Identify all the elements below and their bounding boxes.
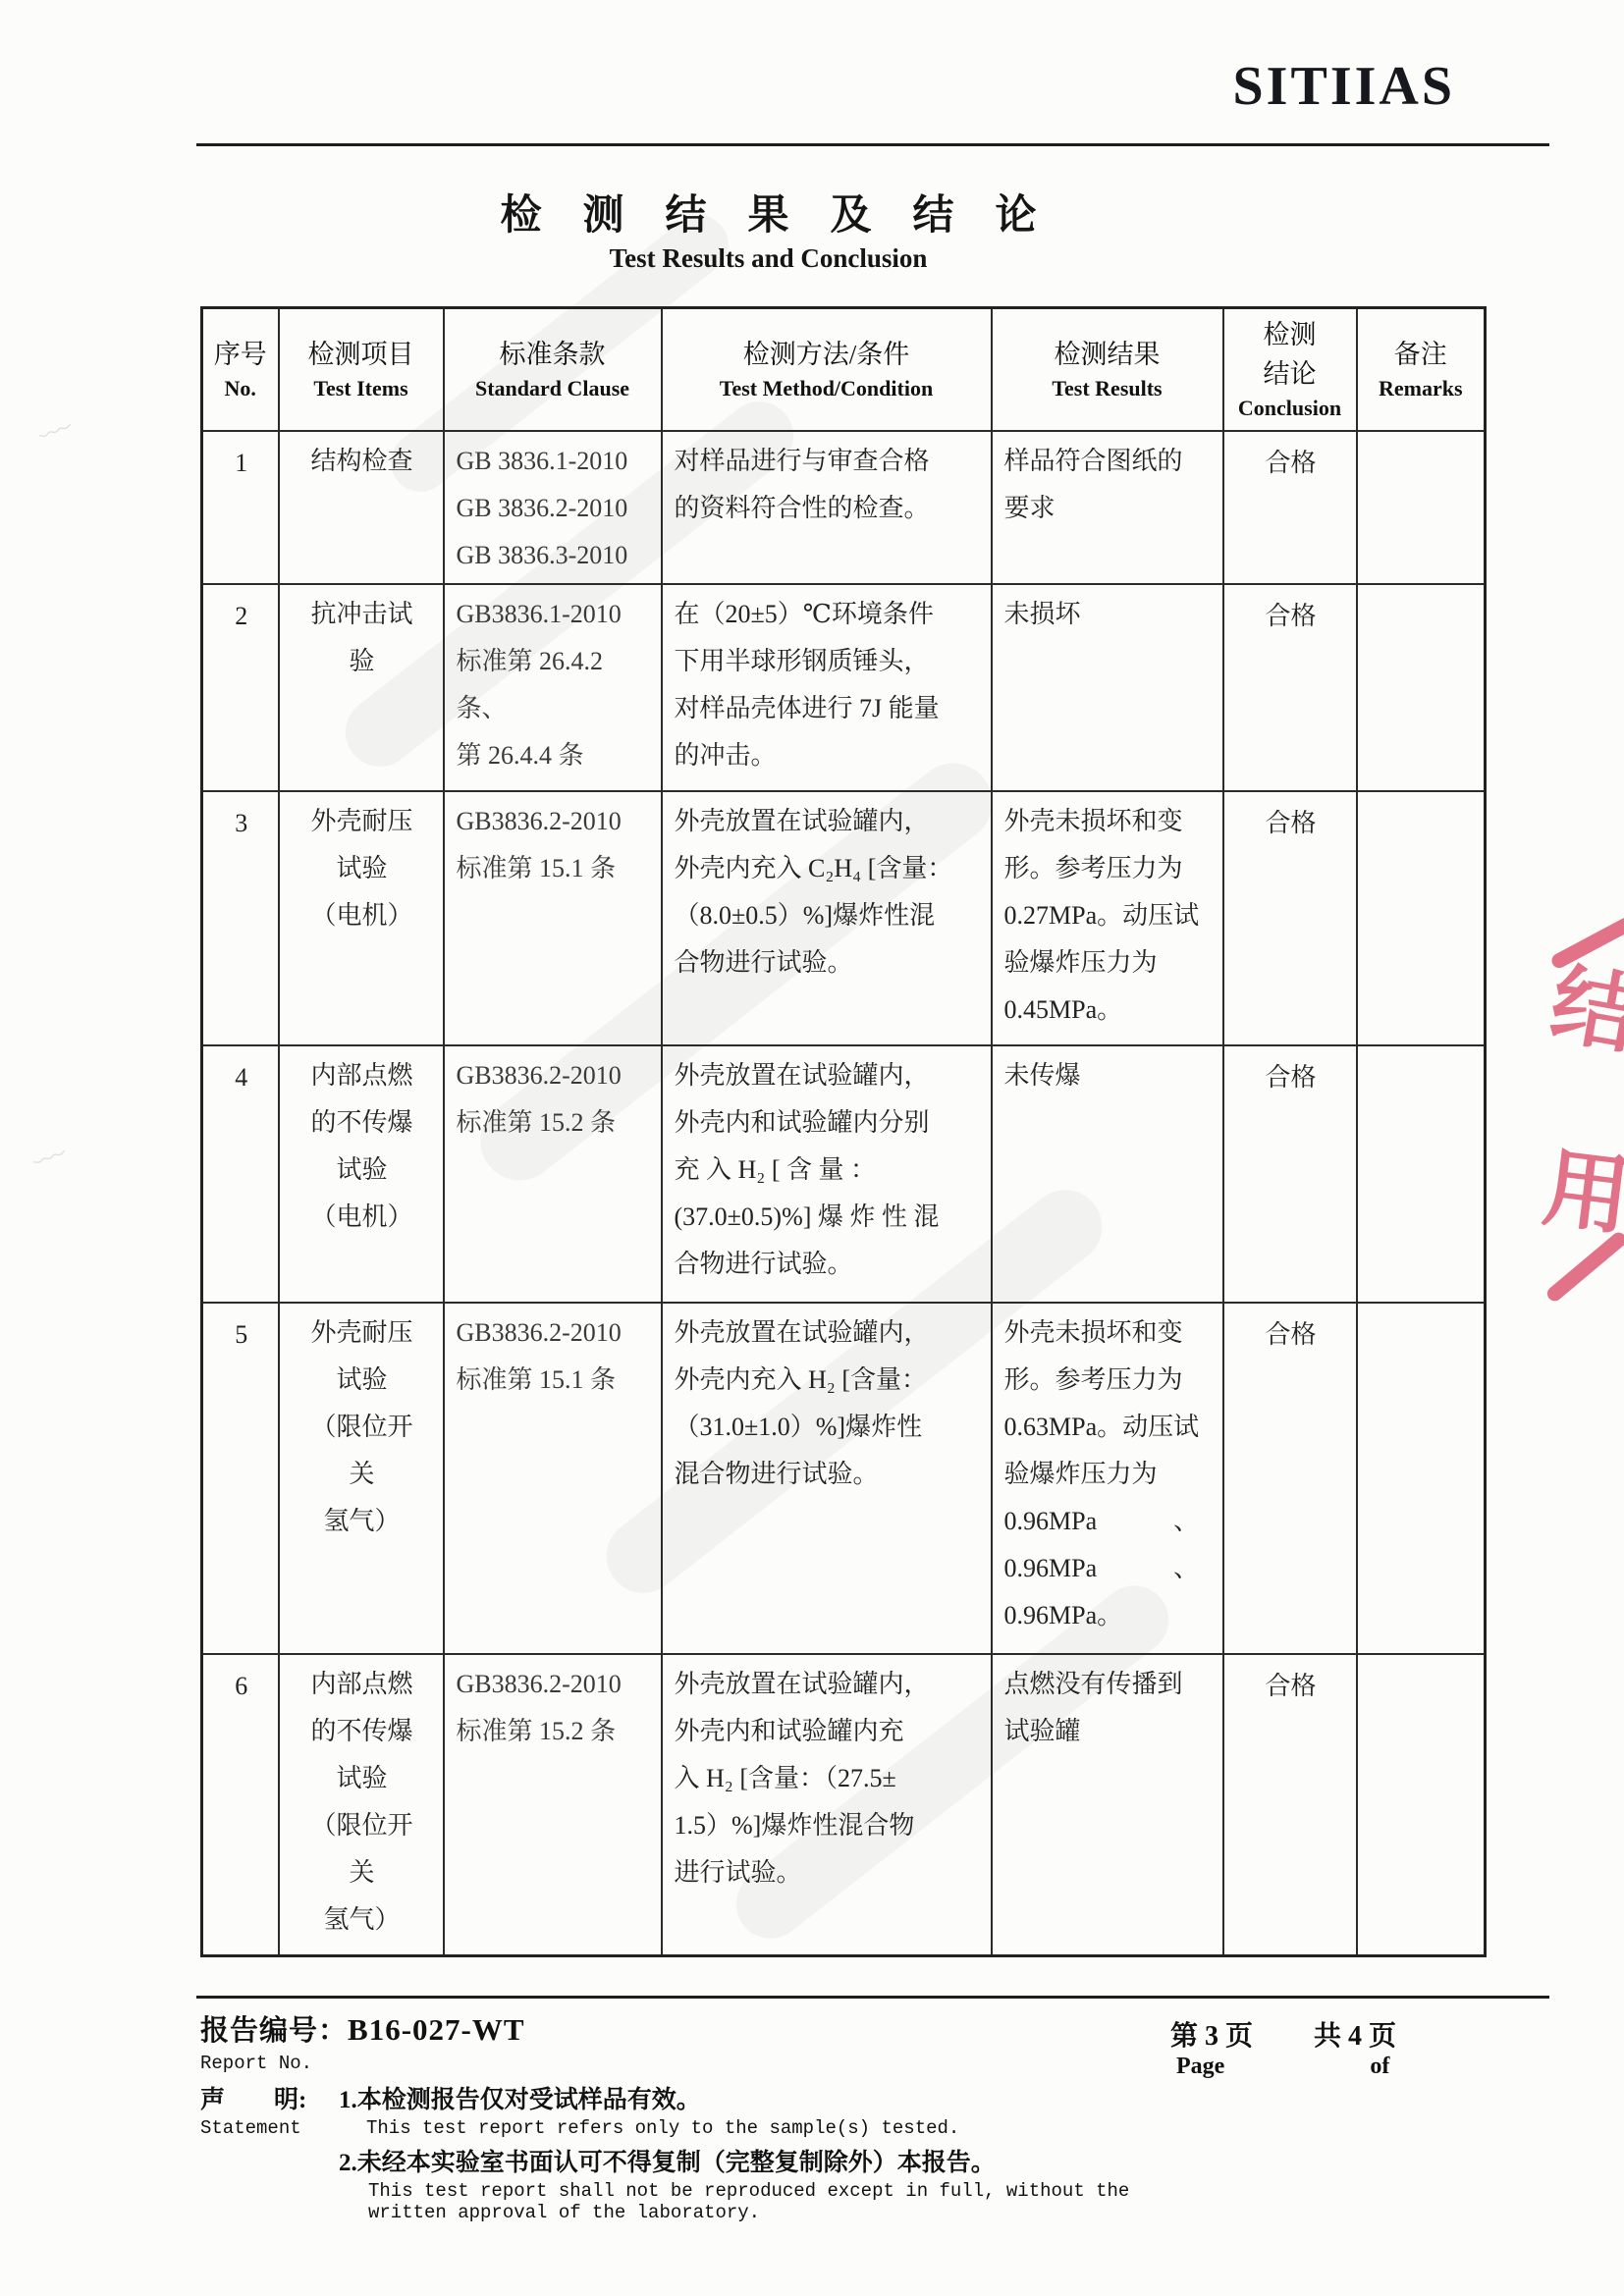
test-item-cell: 结构检查 — [279, 431, 444, 584]
remarks-cell — [1357, 791, 1486, 1045]
standard-clause-cell: GB3836.2-2010 标准第 15.1 条 — [444, 1303, 662, 1654]
conclusion-cell: 合格 — [1223, 791, 1357, 1045]
row-number-cell: 5 — [202, 1303, 279, 1654]
col-header-en: Standard Clause — [447, 374, 659, 403]
col-header-remarks: 备注 Remarks — [1357, 308, 1486, 431]
test-method-cell: 外壳放置在试验罐内， 外壳内和试验罐内充 入 H₂ [含量：（27.5± 1.5… — [662, 1654, 992, 1956]
page-number-block: 第 3 页 共 4 页 Page of — [1170, 2014, 1514, 2080]
col-header-zh: 检测结果 — [995, 335, 1220, 374]
conclusion-cell: 合格 — [1223, 584, 1357, 791]
page-number-zh: 第 3 页 共 4 页 — [1170, 2014, 1514, 2054]
lab-logo-text: SITIIAS — [1233, 55, 1455, 118]
col-header-zh: 标准条款 — [447, 335, 659, 374]
col-header-test-method: 检测方法/条件 Test Method/Condition — [662, 308, 992, 431]
statement-line-1-zh: 声 明: 1.本检测报告仅对受试样品有效。 — [200, 2080, 1182, 2115]
table-row: 5 外壳耐压 试验 （限位开 关 氢气） GB3836.2-2010 标准第 1… — [202, 1303, 1486, 1654]
red-stamp-fragment: 结 用 — [1514, 918, 1624, 1306]
test-method-cell: 外壳放置在试验罐内， 外壳内充入 H₂ [含量： （31.0±1.0）%]爆炸性… — [662, 1303, 992, 1654]
table-row: 6 内部点燃 的不传爆 试验 （限位开 关 氢气） GB3836.2-2010 … — [202, 1654, 1486, 1956]
report-number-line: 报告编号：B16-027-WT — [200, 2008, 1182, 2049]
col-header-conclusion: 检测 结论 Conclusion — [1223, 308, 1357, 431]
remarks-cell — [1357, 584, 1486, 791]
page-title-en: Test Results and Conclusion — [0, 243, 1537, 274]
row-number-cell: 6 — [202, 1654, 279, 1956]
test-method-cell: 外壳放置在试验罐内， 外壳内和试验罐内分别 充 入 H₂ [ 含 量 ： (37… — [662, 1045, 992, 1303]
pencil-margin-mark: ﹏ — [21, 1115, 69, 1172]
col-header-zh: 检测 结论 — [1226, 315, 1354, 394]
standard-clause-cell: GB3836.2-2010 标准第 15.2 条 — [444, 1045, 662, 1303]
page-label-en: Page — [1176, 2054, 1224, 2080]
test-item-cell: 外壳耐压 试验 （限位开 关 氢气） — [279, 1303, 444, 1654]
table-body: 1 结构检查 GB 3836.1-2010 GB 3836.2-2010 GB … — [202, 431, 1486, 1956]
stamp-stroke — [1544, 1230, 1624, 1305]
row-number-cell: 1 — [202, 431, 279, 584]
header-divider — [196, 143, 1549, 146]
page-current: 第 3 页 — [1170, 2014, 1253, 2054]
col-header-no: 序号 No. — [202, 308, 279, 431]
conclusion-cell: 合格 — [1223, 1303, 1357, 1654]
test-result-cell: 未传爆 — [992, 1045, 1223, 1303]
col-header-en: No. — [205, 374, 276, 403]
test-item-cell: 内部点燃 的不传爆 试验 （电机） — [279, 1045, 444, 1303]
standard-clause-cell: GB 3836.1-2010 GB 3836.2-2010 GB 3836.3-… — [444, 431, 662, 584]
standard-clause-cell: GB3836.1-2010 标准第 26.4.2 条、 第 26.4.4 条 — [444, 584, 662, 791]
statement-1-zh: 1.本检测报告仅对受试样品有效。 — [339, 2080, 701, 2115]
statement-line-1-en: Statement This test report refers only t… — [200, 2117, 1182, 2139]
table-row: 3 外壳耐压 试验 （电机） GB3836.2-2010 标准第 15.1 条 … — [202, 791, 1486, 1045]
row-number-cell: 2 — [202, 584, 279, 791]
test-result-cell: 未损坏 — [992, 584, 1223, 791]
test-item-cell: 外壳耐压 试验 （电机） — [279, 791, 444, 1045]
test-item-cell: 内部点燃 的不传爆 试验 （限位开 关 氢气） — [279, 1654, 444, 1956]
test-item-cell: 抗冲击试 验 — [279, 584, 444, 791]
statement-1-en: This test report refers only to the samp… — [366, 2117, 959, 2139]
col-header-en: Test Results — [995, 374, 1220, 403]
standard-clause-cell: GB3836.2-2010 标准第 15.1 条 — [444, 791, 662, 1045]
test-result-cell: 外壳未损坏和变 形。参考压力为 0.63MPa。动压试 验爆炸压力为 0.96M… — [992, 1303, 1223, 1654]
table-row: 1 结构检查 GB 3836.1-2010 GB 3836.2-2010 GB … — [202, 431, 1486, 584]
conclusion-cell: 合格 — [1223, 431, 1357, 584]
footer-block: 报告编号：B16-027-WT Report No. 声 明: 1.本检测报告仅… — [200, 2008, 1182, 2223]
page-total: 共 4 页 — [1314, 2014, 1396, 2054]
col-header-en: Conclusion — [1226, 394, 1354, 423]
col-header-test-results: 检测结果 Test Results — [992, 308, 1223, 431]
statement-label-zh: 声 明: — [200, 2080, 339, 2115]
remarks-cell — [1357, 1045, 1486, 1303]
col-header-standard-clause: 标准条款 Standard Clause — [444, 308, 662, 431]
report-number-label-zh: 报告编号： — [200, 2015, 348, 2047]
remarks-cell — [1357, 1303, 1486, 1654]
test-result-cell: 样品符合图纸的 要求 — [992, 431, 1223, 584]
col-header-zh: 备注 — [1360, 335, 1483, 374]
table-row: 2 抗冲击试 验 GB3836.1-2010 标准第 26.4.2 条、 第 2… — [202, 584, 1486, 791]
page-number-en: Page of — [1170, 2054, 1514, 2080]
col-header-en: Test Method/Condition — [665, 374, 989, 403]
remarks-cell — [1357, 1654, 1486, 1956]
report-page: ﹏ ﹏ SITIIAS 检 测 结 果 及 结 论 Test Results a… — [0, 0, 1624, 2296]
col-header-en: Test Items — [282, 374, 441, 403]
test-method-cell: 在（20±5）℃环境条件 下用半球形钢质锤头， 对样品壳体进行 7J 能量 的冲… — [662, 584, 992, 791]
col-header-zh: 检测方法/条件 — [665, 335, 989, 374]
col-header-zh: 序号 — [205, 335, 276, 374]
statement-label-en: Statement — [200, 2117, 366, 2139]
page-title-zh: 检 测 结 果 及 结 论 — [0, 183, 1537, 241]
test-result-cell: 点燃没有传播到 试验罐 — [992, 1654, 1223, 1956]
test-method-cell: 外壳放置在试验罐内， 外壳内充入 C₂H₄ [含量： （8.0±0.5）%]爆炸… — [662, 791, 992, 1045]
conclusion-cell: 合格 — [1223, 1654, 1357, 1956]
pencil-margin-mark: ﹏ — [27, 389, 75, 446]
col-header-en: Remarks — [1360, 374, 1483, 403]
remarks-cell — [1357, 431, 1486, 584]
row-number-cell: 3 — [202, 791, 279, 1045]
standard-clause-cell: GB3836.2-2010 标准第 15.2 条 — [444, 1654, 662, 1956]
page-of-label-en: of — [1370, 2054, 1389, 2080]
report-number-label-en: Report No. — [200, 2053, 1182, 2074]
stamp-stroke — [1549, 915, 1624, 970]
row-number-cell: 4 — [202, 1045, 279, 1303]
stamp-character: 用 — [1539, 1147, 1624, 1243]
conclusion-cell: 合格 — [1223, 1045, 1357, 1303]
statement-2-zh: 2.未经本实验室书面认可不得复制（完整复制除外）本报告。 — [339, 2143, 1182, 2178]
stamp-character: 结 — [1544, 962, 1624, 1062]
table-row: 4 内部点燃 的不传爆 试验 （电机） GB3836.2-2010 标准第 15… — [202, 1045, 1486, 1303]
test-result-cell: 外壳未损坏和变 形。参考压力为 0.27MPa。动压试 验爆炸压力为 0.45M… — [992, 791, 1223, 1045]
test-results-table: 序号 No. 检测项目 Test Items 标准条款 Standard Cla… — [200, 306, 1487, 1957]
col-header-test-items: 检测项目 Test Items — [279, 308, 444, 431]
footer-divider — [196, 1996, 1549, 1999]
report-number-value: B16-027-WT — [348, 2012, 525, 2047]
test-method-cell: 对样品进行与审查合格 的资料符合性的检查。 — [662, 431, 992, 584]
statement-2-en: This test report shall not be reproduced… — [368, 2180, 1182, 2223]
col-header-zh: 检测项目 — [282, 335, 441, 374]
table-header-row: 序号 No. 检测项目 Test Items 标准条款 Standard Cla… — [202, 308, 1486, 431]
